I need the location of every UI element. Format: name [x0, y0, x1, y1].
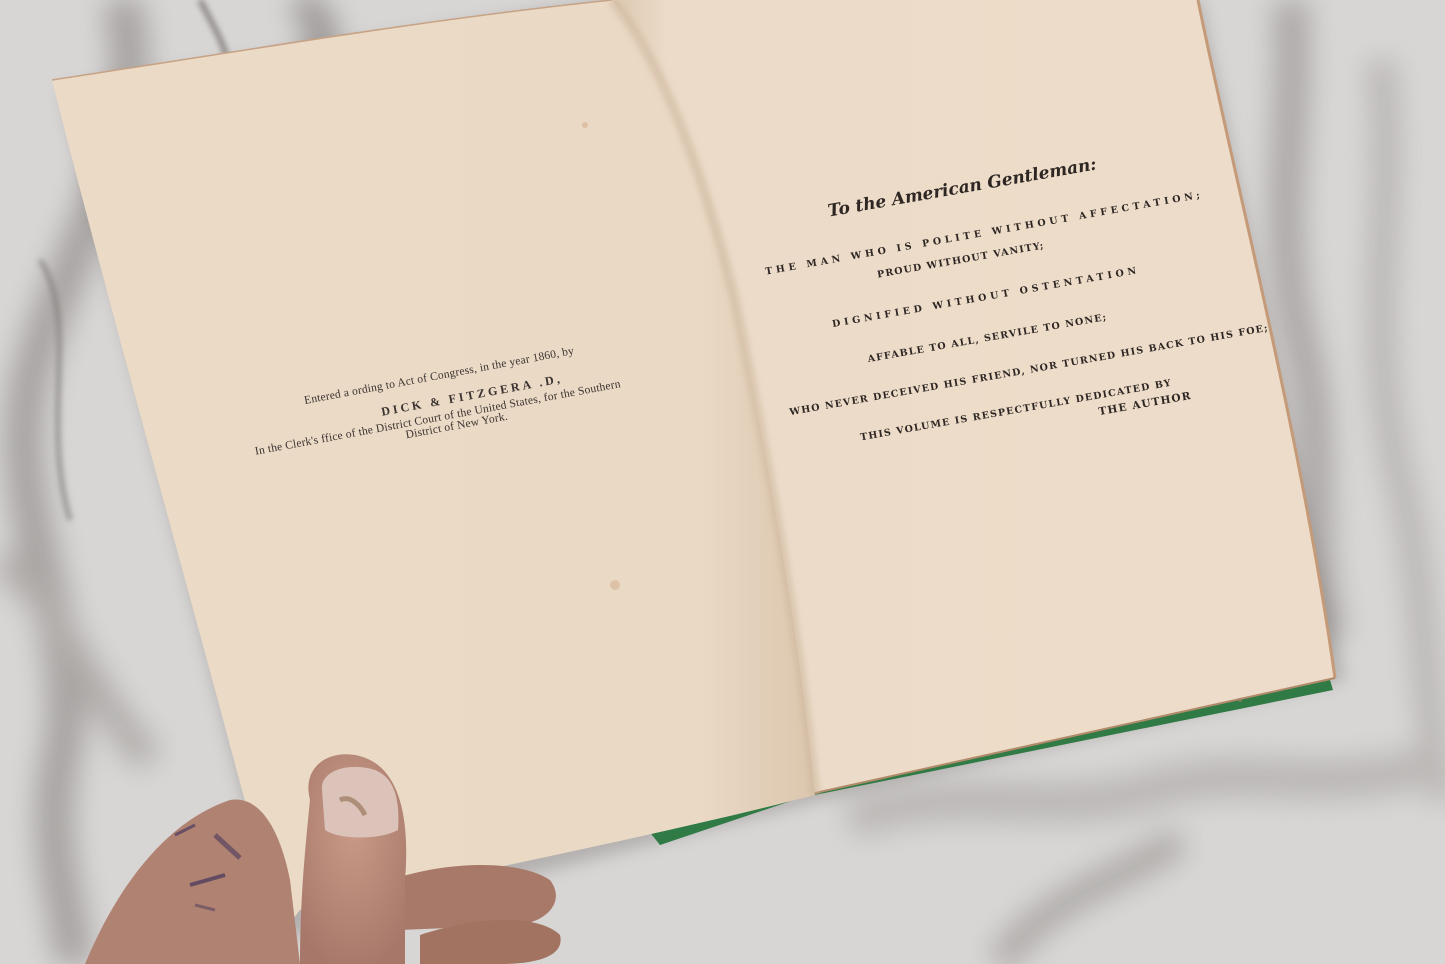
- marble-surface: [0, 0, 1445, 964]
- photo-scene: Entered a ording to Act of Congress, in …: [0, 0, 1445, 964]
